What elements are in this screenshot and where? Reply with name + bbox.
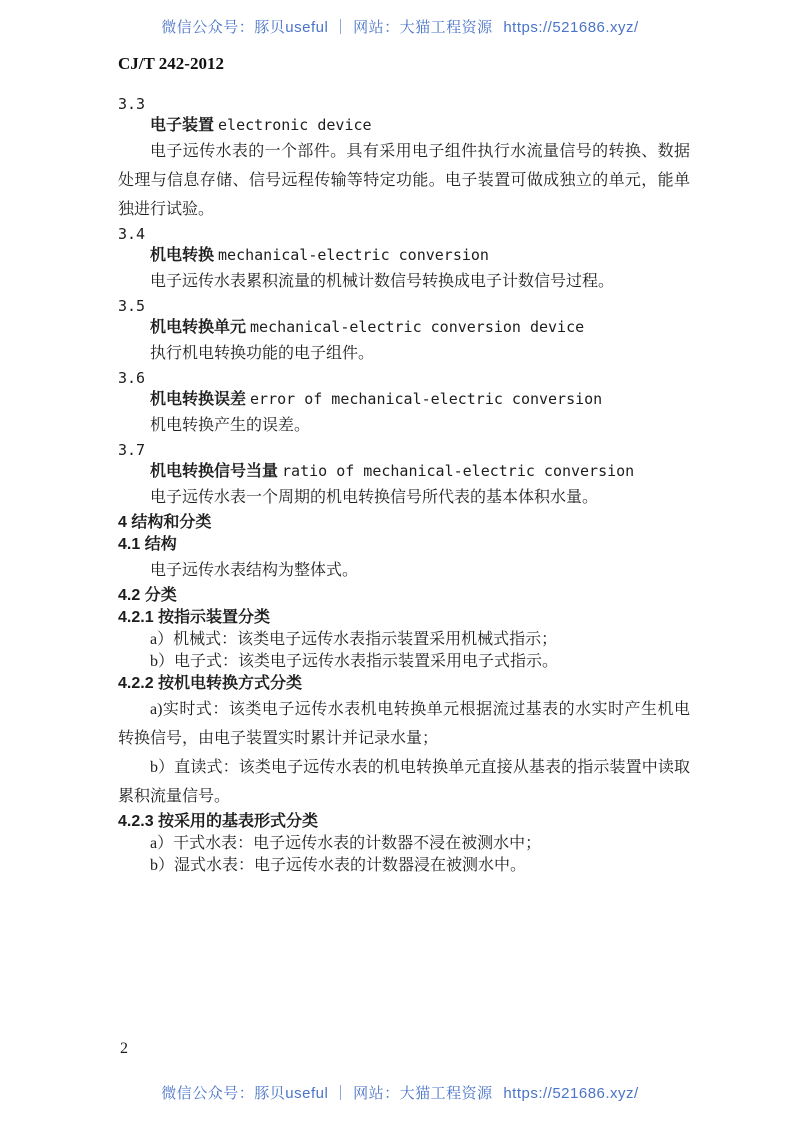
subsubsection-heading: 4.2.3 按采用的基表形式分类 <box>118 811 690 833</box>
subsubsection-heading: 4.2.2 按机电转换方式分类 <box>118 673 690 695</box>
term-en: mechanical-electric conversion <box>218 246 489 264</box>
term-heading: 机电转换误差 error of mechanical-electric conv… <box>118 388 690 411</box>
watermark-text: 微信公众号：豚贝useful ｜ 网站：大猫工程资源 <box>161 1085 492 1102</box>
paragraph: 执行机电转换功能的电子组件。 <box>118 339 690 368</box>
list-item: b）电子式：该类电子远传水表指示装置采用电子式指示。 <box>118 651 690 673</box>
watermark-header: 微信公众号：豚贝useful ｜ 网站：大猫工程资源 https://52168… <box>0 16 800 37</box>
term-zh: 机电转换信号当量 <box>150 463 278 480</box>
term-zh: 机电转换误差 <box>150 391 246 408</box>
clause-number: 3.7 <box>118 440 690 460</box>
term-zh: 电子装置 <box>150 117 214 134</box>
doc-code: CJ/T 242-2012 <box>118 54 224 74</box>
watermark-footer: 微信公众号：豚贝useful ｜ 网站：大猫工程资源 https://52168… <box>0 1082 800 1103</box>
list-item: a）机械式：该类电子远传水表指示装置采用机械式指示； <box>118 629 690 651</box>
watermark-text: 微信公众号：豚贝useful ｜ 网站：大猫工程资源 <box>161 19 492 36</box>
term-heading: 电子装置 electronic device <box>118 114 690 137</box>
paragraph: 电子远传水表累积流量的机械计数信号转换成电子计数信号过程。 <box>118 267 690 296</box>
paragraph: a)实时式：该类电子远传水表机电转换单元根据流过基表的水实时产生机电转换信号，由… <box>118 695 690 753</box>
paragraph: 电子远传水表的一个部件。具有采用电子组件执行水流量信号的转换、数据处理与信息存储… <box>118 137 690 224</box>
document-page: 微信公众号：豚贝useful ｜ 网站：大猫工程资源 https://52168… <box>0 0 800 1131</box>
paragraph: 机电转换产生的误差。 <box>118 411 690 440</box>
watermark-url: https://521686.xyz/ <box>503 1085 638 1102</box>
list-item: b）湿式水表：电子远传水表的计数器浸在被测水中。 <box>118 855 690 877</box>
subsubsection-heading: 4.2.1 按指示装置分类 <box>118 607 690 629</box>
subsection-heading: 4.1 结构 <box>118 534 690 556</box>
term-heading: 机电转换信号当量 ratio of mechanical-electric co… <box>118 460 690 483</box>
clause-number: 3.6 <box>118 368 690 388</box>
section-heading: 4 结构和分类 <box>118 512 690 534</box>
document-body: 3.3电子装置 electronic device电子远传水表的一个部件。具有采… <box>118 93 690 877</box>
clause-number: 3.5 <box>118 296 690 316</box>
term-heading: 机电转换 mechanical-electric conversion <box>118 244 690 267</box>
term-en: error of mechanical-electric conversion <box>250 390 602 408</box>
term-en: mechanical-electric conversion device <box>250 318 584 336</box>
term-zh: 机电转换 <box>150 247 214 264</box>
clause-number: 3.3 <box>118 94 690 114</box>
page-number: 2 <box>120 1040 128 1058</box>
clause-number: 3.4 <box>118 224 690 244</box>
paragraph: 电子远传水表一个周期的机电转换信号所代表的基本体积水量。 <box>118 483 690 512</box>
term-zh: 机电转换单元 <box>150 319 246 336</box>
subsection-heading: 4.2 分类 <box>118 585 690 607</box>
term-heading: 机电转换单元 mechanical-electric conversion de… <box>118 316 690 339</box>
list-item: a）干式水表：电子远传水表的计数器不浸在被测水中； <box>118 833 690 855</box>
term-en: ratio of mechanical-electric conversion <box>282 462 634 480</box>
watermark-url: https://521686.xyz/ <box>503 19 638 36</box>
paragraph: b）直读式：该类电子远传水表的机电转换单元直接从基表的指示装置中读取累积流量信号… <box>118 753 690 811</box>
term-en: electronic device <box>218 116 372 134</box>
paragraph: 电子远传水表结构为整体式。 <box>118 556 690 585</box>
